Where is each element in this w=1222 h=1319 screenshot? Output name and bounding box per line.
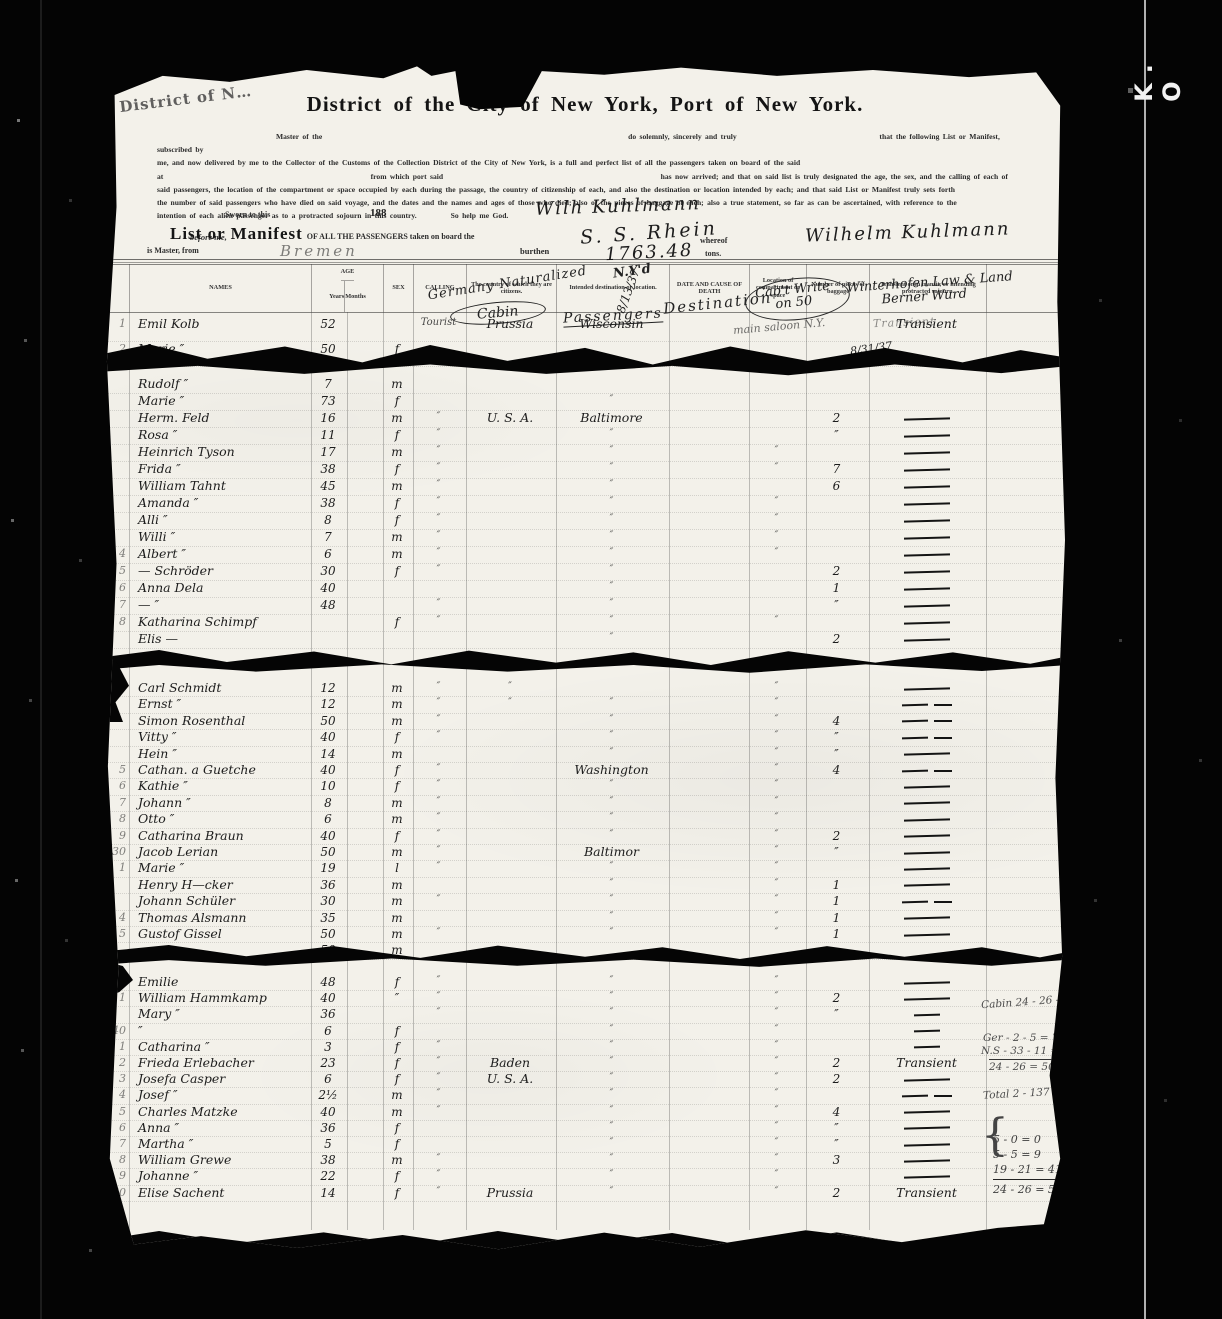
destination: ″	[555, 597, 668, 614]
compartment: ″	[748, 1039, 805, 1055]
destination: ″	[555, 990, 668, 1006]
baggage-pieces: ″	[805, 427, 868, 444]
country	[465, 729, 555, 745]
baggage-pieces: 1	[805, 926, 868, 942]
rule-line	[107, 259, 1061, 260]
age-months	[346, 844, 382, 860]
manifest-paper: District of N… District of the City of N…	[105, 64, 1065, 1254]
margin-cell	[985, 529, 1063, 546]
table-row: Heinrich Tyson17m″″″	[105, 444, 1063, 462]
age-years: 23	[310, 1055, 346, 1071]
country	[465, 529, 555, 546]
sex: m	[382, 546, 412, 563]
destination: ″	[555, 614, 668, 631]
ditto-dash	[868, 680, 985, 696]
sex: f	[382, 1039, 412, 1055]
date-cause-of-death	[668, 427, 748, 444]
country: Baden	[465, 1055, 555, 1071]
age-months	[346, 316, 382, 341]
destination: ″	[555, 1023, 668, 1039]
baggage-pieces: ″	[805, 1120, 868, 1136]
compartment: ″	[748, 713, 805, 729]
age-years: 12	[310, 696, 346, 712]
table-row: 7Martha ″5f″″″	[105, 1136, 1063, 1153]
compartment	[748, 597, 805, 614]
sex: f	[382, 778, 412, 794]
country: U. S. A.	[465, 1071, 555, 1087]
year-188: 188	[370, 207, 387, 219]
baggage-pieces	[805, 811, 868, 827]
date-cause-of-death	[668, 778, 748, 794]
country	[465, 910, 555, 926]
ditto-dash	[868, 795, 985, 811]
margin-tally: { 5 - 0 = 0 5 - 5 = 9 19 - 21 = 41 24 - …	[993, 1132, 1062, 1197]
country	[465, 844, 555, 860]
calling: ″	[412, 427, 465, 444]
margin-cell	[985, 680, 1063, 696]
date-cause-of-death	[668, 990, 748, 1006]
calling: ″	[412, 410, 465, 427]
table-row: 9Catharina Braun40f″″″2	[105, 828, 1063, 845]
calling	[412, 746, 465, 762]
margin-cell	[985, 811, 1063, 827]
sex	[382, 597, 412, 614]
baggage-pieces	[805, 444, 868, 461]
compartment: ″	[748, 860, 805, 876]
passenger-name: Cathan. a Guetche	[128, 762, 310, 778]
country	[465, 762, 555, 778]
table-row: 50Elise Sachent14f″Prussia″″2Transient	[105, 1185, 1063, 1202]
calling: ″	[412, 680, 465, 696]
date-cause-of-death	[668, 444, 748, 461]
baggage-pieces	[805, 512, 868, 529]
passenger-name: Henry H—cker	[128, 877, 310, 893]
destination: ″	[555, 427, 668, 444]
baggage-pieces	[805, 1039, 868, 1055]
passenger-name: Gustof Gissel	[128, 926, 310, 942]
country	[465, 1006, 555, 1022]
age-years	[310, 614, 346, 631]
passenger-name: Mary ″	[128, 1006, 310, 1022]
ditto-dash	[868, 811, 985, 827]
destination: ″	[555, 1168, 668, 1184]
destination: ″	[555, 495, 668, 512]
destination: ″	[555, 444, 668, 461]
passenger-name: Johanne ″	[128, 1168, 310, 1184]
age-months	[346, 393, 382, 410]
film-frame-label: K. O	[1088, 58, 1222, 98]
transient-status: Transient	[868, 1055, 985, 1071]
margin-cell	[985, 828, 1063, 844]
sex: m	[382, 376, 412, 393]
table-row: Henry H—cker36m″″1	[105, 877, 1063, 894]
passenger-name: Josef ″	[128, 1087, 310, 1103]
passenger-name: — ″	[128, 597, 310, 614]
ditto-dash	[868, 546, 985, 563]
sex: f	[382, 762, 412, 778]
age-months	[346, 444, 382, 461]
date-cause-of-death	[668, 478, 748, 495]
passenger-name: Katharina Schimpf	[128, 614, 310, 631]
age-months	[346, 778, 382, 794]
destination: ″	[555, 1120, 668, 1136]
calling	[412, 910, 465, 926]
country	[465, 1120, 555, 1136]
sex: f	[382, 828, 412, 844]
country	[465, 974, 555, 990]
destination: ″	[555, 729, 668, 745]
sex: f	[382, 461, 412, 478]
compartment: ″	[748, 893, 805, 909]
calling	[412, 1120, 465, 1136]
sex: m	[382, 713, 412, 729]
passenger-name: Heinrich Tyson	[128, 444, 310, 461]
destination: ″	[555, 393, 668, 410]
sex: m	[382, 746, 412, 762]
sex: f	[382, 974, 412, 990]
date-cause-of-death	[668, 495, 748, 512]
compartment: ″	[748, 1120, 805, 1136]
ditto-dash	[868, 1071, 985, 1087]
compartment: ″	[748, 811, 805, 827]
age-years: 8	[310, 795, 346, 811]
calling	[412, 1136, 465, 1152]
age-years: 11	[310, 427, 346, 444]
date-cause-of-death	[668, 1136, 748, 1152]
margin-cell	[985, 580, 1063, 597]
ditto-dash	[868, 974, 985, 990]
destination: ″	[555, 580, 668, 597]
destination: ″	[555, 1071, 668, 1087]
destination: Baltimor	[555, 844, 668, 860]
date-cause-of-death	[668, 811, 748, 827]
age-months	[346, 376, 382, 393]
baggage-pieces: 2	[805, 1071, 868, 1087]
sex: m	[382, 893, 412, 909]
baggage-pieces: 6	[805, 478, 868, 495]
list-or-manifest-title: List or Manifest	[170, 224, 303, 243]
compartment: ″	[748, 762, 805, 778]
date-cause-of-death	[668, 1006, 748, 1022]
compartment	[748, 376, 805, 393]
baggage-pieces	[805, 316, 868, 341]
date-cause-of-death	[668, 910, 748, 926]
passenger-name: Ernst ″	[128, 696, 310, 712]
compartment: ″	[748, 444, 805, 461]
country	[465, 478, 555, 495]
sex	[382, 631, 412, 648]
destination: ″	[555, 893, 668, 909]
calling: ″	[412, 546, 465, 563]
age-years: 38	[310, 1152, 346, 1168]
destination	[555, 376, 668, 393]
age-months	[346, 1055, 382, 1071]
baggage-pieces: 7	[805, 461, 868, 478]
table-row: 40″6f″″	[105, 1023, 1063, 1040]
sex: m	[382, 811, 412, 827]
date-cause-of-death	[668, 795, 748, 811]
table-row: 1Marie ″19l″″″	[105, 860, 1063, 877]
age-years: 48	[310, 974, 346, 990]
age-months	[346, 410, 382, 427]
compartment: ″	[748, 1023, 805, 1039]
age-months	[346, 910, 382, 926]
date-cause-of-death	[668, 974, 748, 990]
destination: ″	[555, 746, 668, 762]
ditto-dash	[868, 713, 985, 729]
margin-note-ger: Ger - 2 - 5 = 7	[983, 1032, 1059, 1044]
passenger-name: Thomas Alsmann	[128, 910, 310, 926]
baggage-pieces: 2	[805, 631, 868, 648]
passenger-name: Willi ″	[128, 529, 310, 546]
table-row: 8Katharina Schimpff″″″	[105, 614, 1063, 632]
calling: ″	[412, 713, 465, 729]
transient-status	[868, 376, 985, 393]
ditto-dash	[868, 444, 985, 461]
passenger-name: Herm. Feld	[128, 410, 310, 427]
ditto-dash	[868, 597, 985, 614]
compartment: ″	[748, 495, 805, 512]
passenger-name: Elise Sachent	[128, 1185, 310, 1201]
destination	[555, 680, 668, 696]
age-months	[346, 1087, 382, 1103]
table-row: Johann Schüler30m″″″1	[105, 893, 1063, 910]
age-years: 38	[310, 495, 346, 512]
calling: ″	[412, 926, 465, 942]
compartment: ″	[748, 877, 805, 893]
age-months	[346, 811, 382, 827]
destination: ″	[555, 546, 668, 563]
calling: ″	[412, 974, 465, 990]
passenger-name: William Hammkamp	[128, 990, 310, 1006]
compartment: ″	[748, 461, 805, 478]
margin-cell	[985, 376, 1063, 393]
date-cause-of-death	[668, 893, 748, 909]
destination: Washington	[555, 762, 668, 778]
country	[465, 563, 555, 580]
date-cause-of-death	[668, 762, 748, 778]
calling: ″	[412, 860, 465, 876]
country	[465, 828, 555, 844]
date-cause-of-death	[668, 729, 748, 745]
age-months	[346, 563, 382, 580]
destination: ″	[555, 563, 668, 580]
age-years: 36	[310, 1006, 346, 1022]
date-cause-of-death	[668, 1185, 748, 1201]
age-months	[346, 680, 382, 696]
age-months	[346, 990, 382, 1006]
age-months	[346, 1039, 382, 1055]
date-cause-of-death	[668, 844, 748, 860]
passenger-name: ″	[128, 1023, 310, 1039]
destination: ″	[555, 461, 668, 478]
age-months	[346, 860, 382, 876]
transient-status	[868, 393, 985, 410]
age-months	[346, 597, 382, 614]
age-months	[346, 546, 382, 563]
age-years: 40	[310, 990, 346, 1006]
ditto-dash	[868, 910, 985, 926]
destination: ″	[555, 1039, 668, 1055]
margin-cell	[985, 597, 1063, 614]
country	[465, 546, 555, 563]
table-row: Rudolf ″7m	[105, 376, 1063, 394]
sex: ″	[382, 990, 412, 1006]
age-months	[346, 1168, 382, 1184]
baggage-pieces	[805, 795, 868, 811]
age-years: 50	[310, 713, 346, 729]
row-number	[105, 376, 128, 393]
passenger-name: Emil Kolb	[128, 316, 310, 341]
compartment: ″	[748, 729, 805, 745]
country	[465, 1023, 555, 1039]
compartment: ″	[748, 1136, 805, 1152]
table-row: 1Emilie48f″″″	[105, 974, 1063, 991]
baggage-pieces	[805, 696, 868, 712]
col-age-years: Years	[329, 281, 345, 312]
passenger-name: Martha ″	[128, 1136, 310, 1152]
date-cause-of-death	[668, 512, 748, 529]
baggage-pieces	[805, 614, 868, 631]
destination: ″	[555, 529, 668, 546]
baggage-pieces	[805, 546, 868, 563]
table-row: 1William Hammkamp40″″″″2	[105, 990, 1063, 1007]
margin-cell	[985, 746, 1063, 762]
country	[465, 631, 555, 648]
country	[465, 860, 555, 876]
country	[465, 778, 555, 794]
tally-brace: {	[981, 1128, 1009, 1143]
ditto-dash	[868, 1087, 985, 1103]
destination: ″	[555, 1152, 668, 1168]
ditto-dash	[868, 729, 985, 745]
baggage-pieces: 2	[805, 410, 868, 427]
table-row: 4Albert ″6m″″″	[105, 546, 1063, 564]
age-months	[346, 614, 382, 631]
ditto-dash	[868, 427, 985, 444]
margin-cell	[985, 877, 1063, 893]
passenger-name: Frieda Erlebacher	[128, 1055, 310, 1071]
col-age-months: Months	[345, 281, 366, 312]
age-years: 45	[310, 478, 346, 495]
country: Prussia	[465, 1185, 555, 1201]
destination: ″	[555, 795, 668, 811]
margin-cell	[985, 316, 1063, 341]
calling: ″	[412, 778, 465, 794]
age-years: 6	[310, 546, 346, 563]
calling: ″	[412, 597, 465, 614]
country	[465, 713, 555, 729]
sex: f	[382, 512, 412, 529]
country	[465, 614, 555, 631]
age-months	[346, 1120, 382, 1136]
margin-cell	[985, 729, 1063, 745]
compartment: ″	[748, 1006, 805, 1022]
destination: ″	[555, 828, 668, 844]
age-months	[346, 729, 382, 745]
sex: m	[382, 1104, 412, 1120]
ditto-dash	[868, 461, 985, 478]
sex: m	[382, 877, 412, 893]
passenger-name: Marie ″	[128, 860, 310, 876]
baggage-pieces: 4	[805, 762, 868, 778]
calling: ″	[412, 844, 465, 860]
ditto-dash	[868, 1168, 985, 1184]
sex	[382, 1006, 412, 1022]
calling: ″	[412, 893, 465, 909]
baggage-pieces	[805, 1023, 868, 1039]
passenger-name: Catharina ″	[128, 1039, 310, 1055]
table-row: 8William Grewe38m″″″3	[105, 1152, 1063, 1169]
margin-cell	[985, 762, 1063, 778]
age-years: 50	[310, 844, 346, 860]
country	[465, 1087, 555, 1103]
film-edge-line	[40, 0, 42, 1319]
table-row: 5Charles Matzke40m″″″4	[105, 1104, 1063, 1121]
date-cause-of-death	[668, 696, 748, 712]
country	[465, 1104, 555, 1120]
sex: l	[382, 860, 412, 876]
age-months	[346, 877, 382, 893]
sex: f	[382, 1185, 412, 1201]
destination: ″	[555, 860, 668, 876]
calling: ″	[412, 1071, 465, 1087]
age-years: 36	[310, 1120, 346, 1136]
date-cause-of-death	[668, 580, 748, 597]
country	[465, 811, 555, 827]
margin-cell	[985, 844, 1063, 860]
country	[465, 444, 555, 461]
destination: Baltimore	[555, 410, 668, 427]
baggage-pieces	[805, 495, 868, 512]
compartment	[748, 631, 805, 648]
date-cause-of-death	[668, 926, 748, 942]
table-row: 5Cathan. a Guetche40f″Washington″4	[105, 762, 1063, 779]
sex: f	[382, 563, 412, 580]
table-row: Marie ″73f″	[105, 393, 1063, 411]
sex: f	[382, 1168, 412, 1184]
date-cause-of-death	[668, 828, 748, 844]
calling: ″	[412, 614, 465, 631]
passenger-name: Elis —	[128, 631, 310, 648]
sex: m	[382, 680, 412, 696]
age-months	[346, 713, 382, 729]
passenger-name: Otto ″	[128, 811, 310, 827]
age-years: 40	[310, 580, 346, 597]
age-months	[346, 529, 382, 546]
burthen-label: burthen	[520, 246, 549, 256]
age-years: 14	[310, 746, 346, 762]
margin-cell	[985, 696, 1063, 712]
country	[465, 990, 555, 1006]
table-row: 6Anna ″36f″″″	[105, 1120, 1063, 1137]
ditto-dash	[868, 512, 985, 529]
calling: ″	[412, 444, 465, 461]
baggage-pieces: 2	[805, 1055, 868, 1071]
age-years: 36	[310, 877, 346, 893]
table-row: 3Josefa Casper6f″U. S. A.″″2	[105, 1071, 1063, 1088]
passenger-name: — Schröder	[128, 563, 310, 580]
table-row: 4Thomas Alsmann35m″″1	[105, 910, 1063, 927]
sex: m	[382, 478, 412, 495]
margin-cell	[985, 926, 1063, 942]
ditto-dash	[868, 1120, 985, 1136]
margin-cell	[985, 631, 1063, 648]
calling: ″	[412, 729, 465, 745]
destination: ″	[555, 926, 668, 942]
margin-cell	[985, 974, 1063, 990]
date-cause-of-death	[668, 713, 748, 729]
